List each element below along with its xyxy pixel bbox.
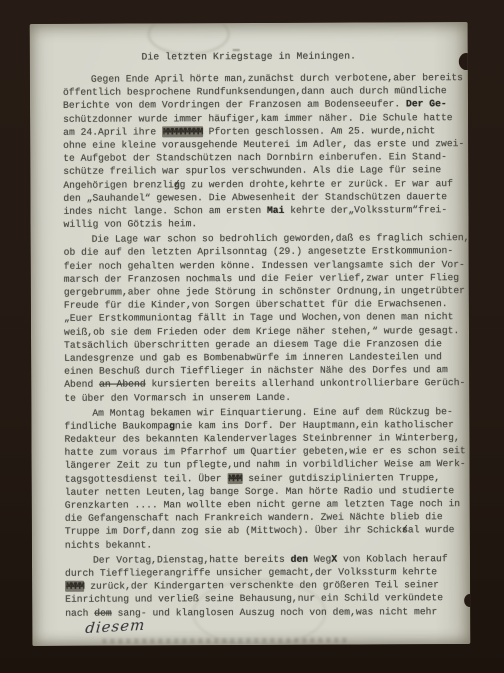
scanned-page: Die letzten Kriegstage in Meiningen. Geg… — [30, 22, 471, 646]
typewritten-text: Angehörigen brenzli — [63, 179, 174, 190]
typewritten-text: al wurde — [408, 524, 455, 535]
typewritten-text: lauter netten Leuten,lag bange Sorge. Ma… — [65, 485, 455, 498]
typewritten-text: Weg — [308, 553, 331, 564]
paragraph: Die Lage war schon so bedrohlich geworde… — [64, 231, 467, 404]
typewritten-text: ob die auf den letzten Aprilsonntag (29.… — [64, 246, 454, 259]
typewritten-text: gergebrumm,aber ohne jede Störung in sch… — [64, 285, 465, 298]
paragraph: Der Vortag,Dienstag,hatte bereits den We… — [65, 552, 467, 620]
typewritten-text: Truppe im Dorf,dann zog sie ab (Mittwoch… — [65, 525, 402, 537]
typewritten-text: zurück,der Kindergarten verschenkte den … — [84, 579, 439, 592]
typewritten-text: Einrichtung und verließ seine Behausung,… — [65, 592, 443, 605]
typewritten-text: Berichte von dem Vordringen der Franzose… — [63, 99, 406, 111]
text-line: schütze freilich war spurlos verschwunde… — [63, 163, 465, 178]
typewritten-text: g zu werden drohte,kehrte er zurück. Er … — [180, 178, 453, 190]
redacted-overtyped-text: MMMM — [65, 581, 84, 592]
typewritten-text: Redakteur des bekannten Kalenderverlages… — [64, 432, 459, 445]
handwritten-correction: diesem — [85, 616, 146, 638]
typewritten-text: Landesgrenze und gab es Bombenabwürfe im… — [64, 351, 442, 364]
typewritten-text: nie kam ins Dorf. Der Hauptmann,ein kath… — [175, 419, 454, 431]
typewritten-text: marsch der Franzosen nochmals und die Fe… — [64, 272, 459, 285]
struck-through-text: an Abend — [99, 379, 146, 390]
text-line: Truppe im Dorf,dann zog sie ab (Mittwoch… — [65, 523, 467, 538]
redacted-overtyped-text: MMMMMMMMM — [162, 126, 203, 137]
overtyped-bold-text: Mai — [267, 205, 285, 216]
text-line: willig von Götzis heim. — [63, 216, 465, 231]
typewritten-text: Abend — [64, 379, 99, 390]
typewritten-text: schützdonner wurde immer häufiger,kam im… — [63, 112, 453, 125]
typewritten-text: seiner gutdisziplinierten Truppe, — [242, 472, 440, 484]
text-line: indes nicht lange. Schon am ersten Mai k… — [63, 203, 465, 218]
paragraph: Gegen Ende April hörte man,zunächst durc… — [63, 71, 466, 231]
typewritten-text: Freude für die Kinder,von Sorgen übersch… — [64, 298, 448, 311]
typewritten-text: willig von Götzis heim. — [63, 218, 197, 230]
cutoff-text-remnant — [102, 638, 347, 644]
text-line: „Euer Erstkommuniontag fällt in Tage und… — [64, 310, 466, 325]
typewritten-text: durch Tieffliegerangriffe unsicher gemac… — [65, 566, 437, 579]
typewritten-text: feier noch gehalten werden könne. Indess… — [64, 259, 465, 272]
typewritten-text: von Koblach herauf — [337, 553, 448, 564]
typewritten-text: Am Montag bekamen wir Einquartierung. Ei… — [92, 406, 452, 419]
typewritten-text: indes nicht lange. Schon am ersten — [63, 205, 267, 217]
text-line: te über den Vormarsch in unserem Lande. — [64, 390, 466, 405]
text-line: Abend an Abend kursierten bereits allerh… — [64, 376, 466, 391]
typewritten-text: längerer Zeit zu tun pflegte,und nahm in… — [65, 458, 466, 471]
typewritten-text: kursierten bereits allerhand unkontrolli… — [146, 377, 466, 389]
text-line: ob die auf den letzten Aprilsonntag (29.… — [64, 244, 466, 259]
paragraph: Am Montag bekamen wir Einquartierung. Ei… — [64, 405, 467, 552]
typewritten-text: einen Beschuß durch Tiefflieger in nächs… — [64, 364, 448, 377]
typewritten-text: sang- und klanglosen Auszug noch von dem… — [112, 606, 438, 618]
typewritten-text: Gegen Ende April hörte man,zunächst durc… — [91, 72, 463, 85]
typewritten-text: öffentlich besprochene Rundfunksendungen… — [63, 85, 447, 98]
text-line: nichts bekannt. — [65, 537, 467, 552]
typewritten-text: Pforten geschlossen. Am 25. wurde,nicht — [203, 125, 436, 137]
typewritten-text: schütze freilich war spurlos verschwunde… — [63, 164, 441, 177]
typewritten-text: den „Sauhandel“ gewesen. Die Abwesenheit… — [63, 191, 447, 204]
typewritten-text: findliche Baukompa — [64, 420, 169, 431]
typewritten-text: te Aufgebot der Standschützen nach Dornb… — [63, 151, 447, 164]
text-line: Angehörigen brenzligg zu werden drohte,k… — [63, 177, 465, 192]
typewritten-text: am 24.April ihre — [63, 126, 162, 137]
document-title: Die letzten Kriegstage in Meiningen. — [30, 50, 468, 63]
text-line: längerer Zeit zu tun pflegte,und nahm in… — [65, 457, 467, 472]
typewritten-text: nach — [65, 607, 94, 618]
photo-background: Die letzten Kriegstage in Meiningen. Geg… — [0, 0, 504, 673]
typewritten-text: nichts bekannt. — [65, 539, 152, 550]
typewritten-text: „Euer Erstkommuniontag fällt in Tage und… — [64, 311, 454, 324]
overtyped-bold-text: den — [291, 553, 309, 564]
text-line: Berichte von dem Vordringen der Franzose… — [63, 97, 465, 112]
typewritten-text: tagsgottesdienst teil. Über — [65, 473, 228, 485]
typewritten-text: weiß,ob sie dem Frieden oder dem Kriege … — [64, 325, 459, 338]
typewritten-text: hatte zum voraus im Pfarrhof um Quartier… — [64, 445, 465, 458]
paper-notch — [464, 594, 470, 607]
typewritten-text: te über den Vormarsch in unserem Lande. — [64, 391, 291, 403]
typewritten-text: die Gefangenschaft nach Frankreich wande… — [65, 511, 443, 524]
text-line: Einrichtung und verließ seine Behausung,… — [65, 591, 467, 606]
typewritten-text: ohne eine kleine vorausgehende Meuterei … — [63, 138, 464, 151]
paper-notch — [459, 53, 471, 70]
overtyped-bold-text: Der Ge- — [406, 99, 447, 110]
typewritten-text: Tatsächlich überschritten gerade an dies… — [64, 338, 442, 351]
typewritten-text: Grenzkarten .... Man wollte eben nicht g… — [65, 498, 460, 511]
redacted-overtyped-text: MMM — [227, 473, 242, 484]
typewritten-text: Die Lage war schon so bedrohlich geworde… — [92, 232, 470, 245]
typewritten-text: kehrte der„Volkssturm“frei- — [284, 204, 447, 216]
overstruck-character: s — [402, 524, 408, 537]
typewritten-text: Der Vortag,Dienstag,hatte bereits — [93, 554, 291, 566]
document-body: Gegen Ende April hörte man,zunächst durc… — [63, 71, 467, 621]
struck-through-text: dem — [94, 607, 112, 618]
overstruck-character: g — [174, 178, 180, 191]
